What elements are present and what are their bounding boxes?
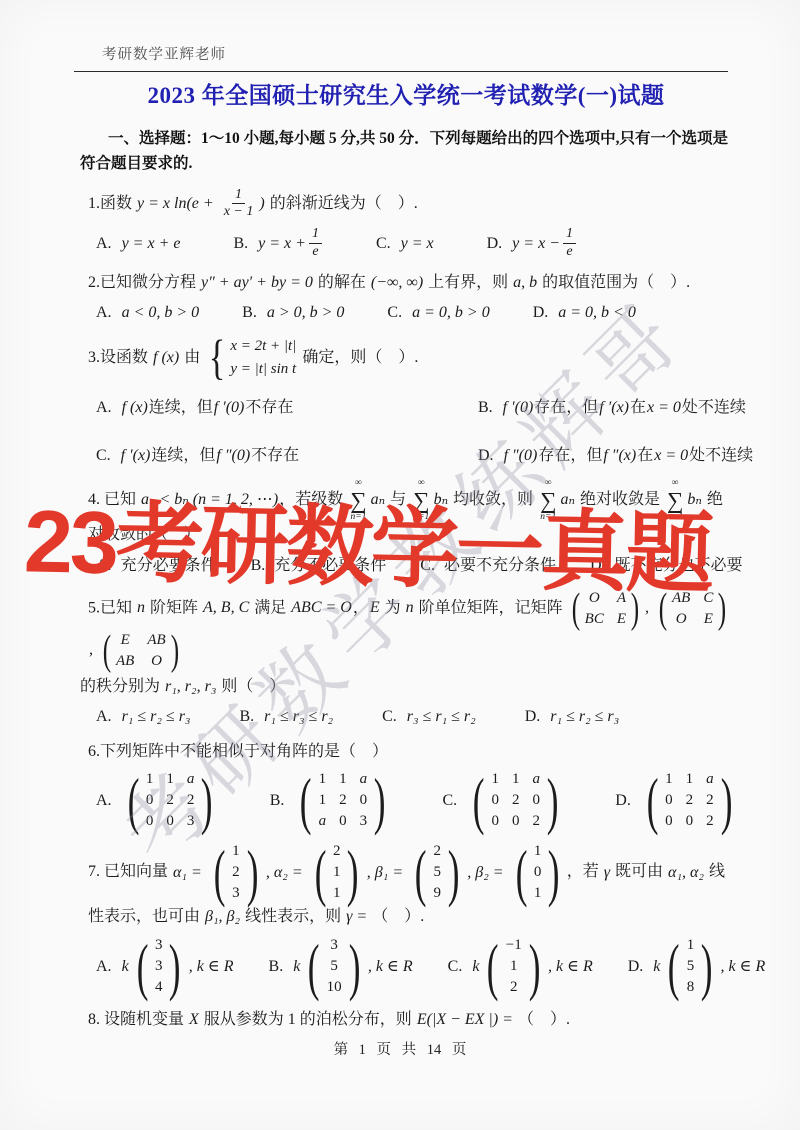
matrix-cell: 1 — [333, 862, 341, 883]
header-rule — [74, 71, 728, 72]
question-line: 的秩分别为 r₁, r₂, r₃ 则（ ） — [80, 674, 732, 700]
matrix-cell: 2 — [686, 790, 694, 811]
math-fragment: , k ∈ R — [367, 954, 414, 980]
math-fragment: , k ∈ R — [188, 954, 235, 980]
right-paren: ) — [170, 636, 178, 666]
matrix-cell: 1 — [512, 769, 520, 790]
option-content: (11a120a03) — [293, 769, 392, 832]
option-content: f (x) 连续，但 f ′(0) 不存在 — [121, 395, 294, 421]
text-fragment: 连续，但 — [149, 395, 213, 421]
fraction: 1x − 1 — [221, 187, 257, 222]
right-paren: ) — [547, 778, 559, 824]
text-fragment: 不存在 — [245, 395, 293, 421]
left-paren: ( — [515, 850, 527, 896]
option-label: A. — [96, 704, 112, 730]
option-label: B. — [270, 788, 285, 814]
matrix: (158) — [663, 935, 717, 998]
text-fragment: 1.函数 — [88, 195, 136, 212]
matrix-cell: 4 — [155, 977, 163, 998]
math-fragment: k — [292, 954, 301, 980]
right-paren: ) — [246, 850, 258, 896]
option-7A: A.k(334), k ∈ R — [96, 935, 235, 998]
matrix-cell: 3 — [232, 883, 240, 904]
matrix-cell: 2 — [433, 841, 441, 862]
option-content: y = x — [400, 231, 435, 257]
question-line: 8. 设随机变量 X 服从参数为 1 的泊松分布，则 E(|X − EX |) … — [80, 1007, 732, 1033]
page-title: 2023 年全国硕士研究生入学统一考试数学(一)试题 — [80, 78, 732, 115]
matrix-cell: 1 — [534, 841, 542, 862]
matrix: (211) — [310, 841, 364, 904]
matrix: (−112) — [482, 935, 545, 998]
footer-page-indicator: 第 1 页 共 14 页 — [0, 1038, 800, 1059]
option-content: (11a020002) — [466, 769, 565, 832]
matrix-cells: 11a022002 — [663, 769, 716, 832]
matrix-cell: −1 — [506, 935, 522, 956]
option-content: a > 0, b > 0 — [266, 300, 346, 326]
text-fragment: 8. 设随机变量 — [88, 1011, 188, 1028]
math-fragment: k — [121, 954, 130, 980]
option-content: r₁ ≤ r₂ ≤ r₃ — [549, 704, 620, 730]
option-label: D. — [533, 300, 549, 326]
matrix-cell: a — [706, 769, 714, 790]
text-fragment: 连续，但 — [151, 443, 215, 469]
option-5C: C.r₃ ≤ r₁ ≤ r₂ — [382, 704, 477, 730]
matrix-cells: 11a120a03 — [317, 769, 370, 832]
matrix-cell: 1 — [333, 883, 341, 904]
option-content: y = x + 1e — [257, 226, 324, 261]
denominator: e — [309, 244, 321, 261]
text-fragment: ，若 — [567, 864, 603, 881]
option-2B: B.a > 0, b > 0 — [242, 300, 345, 326]
math-fragment: k — [471, 954, 480, 980]
left-paren: ( — [668, 944, 680, 990]
math-fragment: X — [188, 1011, 204, 1028]
text-fragment: 的秩分别为 — [80, 678, 164, 695]
matrix-cell: E — [617, 609, 626, 630]
numerator: 1 — [563, 226, 576, 244]
numerator: 1 — [232, 187, 245, 205]
matrix-cell: 1 — [339, 769, 347, 790]
option-label: D. — [487, 231, 503, 257]
math-fragment: A, B, C — [202, 599, 254, 616]
option-content: k(158), k ∈ R — [652, 935, 766, 998]
matrix-cells: EABABO — [114, 630, 168, 672]
matrix-cell: 3 — [327, 935, 342, 956]
matrix-cell: a — [319, 811, 327, 832]
denominator: e — [563, 244, 575, 261]
option-6B: B.(11a120a03) — [270, 769, 393, 832]
left-paren: ( — [487, 944, 499, 990]
sum-upper-limit: ∞ — [355, 478, 362, 489]
denominator: x − 1 — [221, 204, 257, 221]
matrix-cells: 11a020002 — [489, 769, 542, 832]
math-fragment: y = x + — [257, 231, 307, 257]
option-content: f ′(x) 连续，但 f ″(0) 不存在 — [120, 443, 300, 469]
option-label: C. — [448, 954, 463, 980]
option-6D: D.(11a022002) — [615, 769, 739, 832]
matrix-cell: O — [672, 609, 690, 630]
matrix-cell: E — [116, 630, 134, 651]
right-paren: ) — [374, 778, 386, 824]
matrix: (101) — [511, 841, 565, 904]
math-fragment: f (x) — [152, 349, 184, 366]
left-paren: ( — [214, 850, 226, 896]
math-fragment: r₃ ≤ r₁ ≤ r₂ — [406, 704, 477, 730]
text-fragment: 上有界，则 — [428, 274, 512, 291]
option-content: a = 0, b > 0 — [411, 300, 491, 326]
matrix-cell: BC — [585, 609, 604, 630]
matrix-cell: 2 — [333, 841, 341, 862]
matrix-cell: 2 — [232, 862, 240, 883]
option-content: k(−112), k ∈ R — [471, 935, 593, 998]
math-fragment: , k ∈ R — [720, 954, 767, 980]
math-fragment: a, b — [512, 274, 542, 291]
matrix-cell: E — [703, 609, 713, 630]
text-fragment: 3.设函数 — [88, 349, 152, 366]
options-row: A.k(334), k ∈ RB.k(3510), k ∈ RC.k(−112)… — [96, 935, 732, 998]
matrix-cell: O — [147, 651, 165, 672]
matrix-cell: 0 — [665, 790, 673, 811]
option-label: D. — [525, 704, 541, 730]
red-stamp-overlay: 23考研数学一真题 — [23, 497, 711, 598]
matrix-cell: 2 — [512, 790, 520, 811]
text-fragment: （ ）. — [372, 908, 424, 925]
option-5D: D.r₁ ≤ r₂ ≤ r₃ — [525, 704, 621, 730]
math-fragment: y = x − — [511, 231, 561, 257]
option-label: D. — [628, 954, 644, 980]
text-fragment: 线性表示，则 — [245, 908, 345, 925]
text-fragment: 处不连续 — [689, 443, 753, 469]
left-paren: ( — [473, 778, 485, 824]
option-label: D. — [615, 788, 631, 814]
option-1A: A.y = x + e — [96, 231, 181, 257]
matrix-cell: a — [360, 769, 368, 790]
text-fragment: 处不连续 — [682, 395, 746, 421]
option-1B: B.y = x + 1e — [233, 226, 323, 261]
numerator: 1 — [309, 226, 322, 244]
matrix-cell: 0 — [665, 811, 673, 832]
right-paren: ) — [528, 944, 540, 990]
math-fragment: , k ∈ R — [547, 954, 594, 980]
option-label: C. — [387, 300, 402, 326]
math-fragment: f ′(x) — [120, 443, 152, 469]
matrix-cell: AB — [147, 630, 165, 651]
option-1C: C.y = x — [376, 231, 435, 257]
option-content: k(334), k ∈ R — [121, 935, 235, 998]
right-paren: ) — [720, 778, 732, 824]
math-fragment: x = 0 — [653, 443, 689, 469]
right-paren: ) — [348, 944, 360, 990]
option-label: B. — [242, 300, 257, 326]
math-fragment: a = 0, b > 0 — [411, 300, 491, 326]
question-8: 8. 设随机变量 X 服从参数为 1 的泊松分布，则 E(|X − EX |) … — [80, 1007, 732, 1033]
option-3A: A.f (x) 连续，但 f ′(0) 不存在 — [96, 395, 478, 421]
options-row: A.y = x + eB.y = x + 1eC.y = xD.y = x − … — [96, 226, 732, 261]
option-content: (11a022002) — [640, 769, 739, 832]
right-paren: ) — [701, 944, 713, 990]
fraction: 1e — [563, 226, 576, 261]
option-content: k(3510), k ∈ R — [292, 935, 413, 998]
option-label: A. — [96, 231, 112, 257]
matrix: (123) — [209, 841, 263, 904]
option-content: y = x + e — [121, 231, 182, 257]
option-7D: D.k(158), k ∈ R — [628, 935, 767, 998]
matrix-cell: 0 — [532, 790, 540, 811]
option-7C: C.k(−112), k ∈ R — [448, 935, 594, 998]
matrix-cells: 211 — [331, 841, 343, 904]
matrix-cell: 0 — [512, 811, 520, 832]
matrix-cell: 2 — [532, 811, 540, 832]
matrix: (11a120a03) — [295, 769, 390, 832]
exam-page: 考研数学亚辉老师 2023 年全国硕士研究生入学统一考试数学(一)试题 一、选择… — [0, 0, 800, 1130]
math-fragment: k — [652, 954, 661, 980]
matrix-cell: 0 — [360, 790, 368, 811]
matrix-cells: 259 — [431, 841, 443, 904]
option-label: A. — [96, 395, 112, 421]
text-fragment: 2.已知微分方程 — [88, 274, 200, 291]
matrix-cells: 334 — [153, 935, 165, 998]
option-label: C. — [96, 443, 111, 469]
left-paren: ( — [647, 778, 659, 824]
matrix-cell: 1 — [319, 790, 327, 811]
text-fragment: 服从参数为 1 的泊松分布，则 — [204, 1011, 416, 1028]
left-paren: ( — [300, 778, 312, 824]
matrix-cell: 1 — [232, 841, 240, 862]
matrix: (334) — [132, 935, 186, 998]
matrix-cells: 123 — [230, 841, 242, 904]
question-1: 1.函数 y = x ln(e + 1x − 1) 的斜渐近线为（ ）.A.y … — [80, 187, 732, 261]
left-paren: ( — [314, 850, 326, 896]
right-paren: ) — [718, 594, 726, 624]
text-fragment: 阶矩阵 — [146, 599, 202, 616]
math-fragment: y = x — [400, 231, 435, 257]
left-paren: ( — [103, 636, 111, 666]
right-paren: ) — [548, 850, 560, 896]
fraction: 1e — [309, 226, 322, 261]
option-6C: C.(11a020002) — [442, 769, 565, 832]
math-fragment: ) — [258, 195, 269, 212]
matrix-cell: 0 — [686, 811, 694, 832]
math-fragment: E(|X − EX |) = — [416, 1011, 518, 1028]
matrix-cell: AB — [116, 651, 134, 672]
matrix-cell: 1 — [319, 769, 327, 790]
matrix-cell: 1 — [491, 769, 499, 790]
math-fragment: f ″(0) — [215, 443, 251, 469]
matrix-cells: −112 — [504, 935, 524, 998]
matrix-cell: 2 — [506, 977, 522, 998]
matrix: (EABABO) — [100, 630, 182, 672]
cases-row: x = 2t + |t| — [230, 335, 296, 358]
text-fragment: 的解在 — [318, 274, 370, 291]
option-label: A. — [96, 300, 112, 326]
math-fragment: (−∞, ∞) — [370, 274, 428, 291]
right-paren: ) — [448, 850, 460, 896]
text-fragment: 的斜渐近线为（ ）. — [270, 195, 418, 212]
matrix: (11a020002) — [468, 769, 563, 832]
matrix-cell: 0 — [491, 790, 499, 811]
option-label: C. — [382, 704, 397, 730]
matrix-cells: 101 — [532, 841, 544, 904]
option-content: a < 0, b > 0 — [121, 300, 201, 326]
matrix-cell: 3 — [155, 956, 163, 977]
math-fragment: y″ + ay′ + by = 0 — [200, 274, 318, 291]
math-fragment: , α₂ = — [265, 864, 308, 881]
matrix-cell: 10 — [327, 977, 342, 998]
cases-row: y = |t| sin t — [230, 358, 296, 381]
math-fragment: , — [88, 641, 98, 658]
option-1D: D.y = x − 1e — [487, 226, 578, 261]
option-3C: C.f ′(x) 连续，但 f ″(0) 不存在 — [96, 443, 478, 469]
text-fragment: 由 — [184, 349, 204, 366]
text-fragment: 确定，则（ ）. — [298, 349, 418, 366]
matrix-cell: 0 — [339, 811, 347, 832]
question-line: 1.函数 y = x ln(e + 1x − 1) 的斜渐近线为（ ）. — [80, 187, 732, 222]
matrix-cells: 3510 — [325, 935, 344, 998]
text-fragment: 不存在 — [251, 443, 299, 469]
option-7B: B.k(3510), k ∈ R — [269, 935, 414, 998]
matrix-cell: 2 — [339, 790, 347, 811]
text-fragment: 在 — [637, 443, 653, 469]
matrix-cells: 158 — [685, 935, 697, 998]
cases-rows: x = 2t + |t|y = |t| sin t — [230, 335, 296, 382]
option-2C: C.a = 0, b > 0 — [387, 300, 490, 326]
math-fragment: a > 0, b > 0 — [266, 300, 346, 326]
matrix-cell: 8 — [687, 977, 695, 998]
matrix-cell: a — [532, 769, 540, 790]
option-label: A. — [96, 954, 112, 980]
math-fragment: γ = — [345, 908, 372, 925]
matrix-cell: 1 — [686, 769, 694, 790]
option-label: B. — [269, 954, 284, 980]
matrix: (11a022002) — [642, 769, 737, 832]
left-paren: ( — [136, 944, 148, 990]
text-fragment: 5.已知 — [88, 599, 136, 616]
left-brace: { — [209, 339, 226, 378]
matrix-cell: 0 — [491, 811, 499, 832]
math-fragment: f (x) — [121, 395, 149, 421]
matrix-cell: 3 — [360, 811, 368, 832]
matrix-cell: 1 — [534, 883, 542, 904]
matrix-cell: 3 — [155, 935, 163, 956]
matrix-cell: 5 — [433, 862, 441, 883]
option-content: r₃ ≤ r₁ ≤ r₂ — [406, 704, 477, 730]
math-fragment: β₁, β₂ — [204, 908, 245, 925]
math-fragment: r₁ ≤ r₂ ≤ r₃ — [549, 704, 620, 730]
matrix-cell: 1 — [665, 769, 673, 790]
math-fragment: α₁, α₂ — [667, 864, 709, 881]
math-fragment: f ′(0) — [213, 395, 246, 421]
header-brand: 考研数学亚辉老师 — [102, 44, 732, 67]
left-paren: ( — [308, 944, 320, 990]
matrix-cell: 1 — [687, 935, 695, 956]
math-fragment: γ — [603, 864, 615, 881]
matrix: (259) — [410, 841, 464, 904]
math-fragment: y = x + e — [121, 231, 182, 257]
text-fragment: 既可由 — [615, 864, 667, 881]
math-fragment: y = x ln(e + — [136, 195, 219, 212]
section-instructions: 一、选择题：1～10 小题,每小题 5 分,共 50 分．下列每题给出的四个选项… — [80, 127, 732, 177]
math-fragment: n — [136, 599, 146, 616]
text-fragment: （ ）. — [518, 1011, 570, 1028]
matrix-cell: 2 — [706, 790, 714, 811]
matrix-cell: 5 — [687, 956, 695, 977]
math-fragment: , β₁ = — [366, 864, 408, 881]
option-label: C. — [376, 231, 391, 257]
option-content: y = x − 1e — [511, 226, 578, 261]
matrix-cell: 1 — [506, 956, 522, 977]
matrix-cell: 0 — [534, 862, 542, 883]
cases-system: {x = 2t + |t|y = |t| sin t — [206, 335, 296, 382]
option-label: C. — [442, 788, 457, 814]
math-fragment: a < 0, b > 0 — [121, 300, 201, 326]
option-label: B. — [233, 231, 248, 257]
matrix-cell: 5 — [327, 956, 342, 977]
matrix-cell: 9 — [433, 883, 441, 904]
math-fragment: , β₂ = — [466, 864, 508, 881]
sum-upper-limit: ∞ — [672, 478, 679, 489]
matrix: (3510) — [303, 935, 365, 998]
option-2A: A.a < 0, b > 0 — [96, 300, 200, 326]
matrix-cell: 2 — [706, 811, 714, 832]
right-paren: ) — [169, 944, 181, 990]
left-paren: ( — [415, 850, 427, 896]
right-paren: ) — [347, 850, 359, 896]
